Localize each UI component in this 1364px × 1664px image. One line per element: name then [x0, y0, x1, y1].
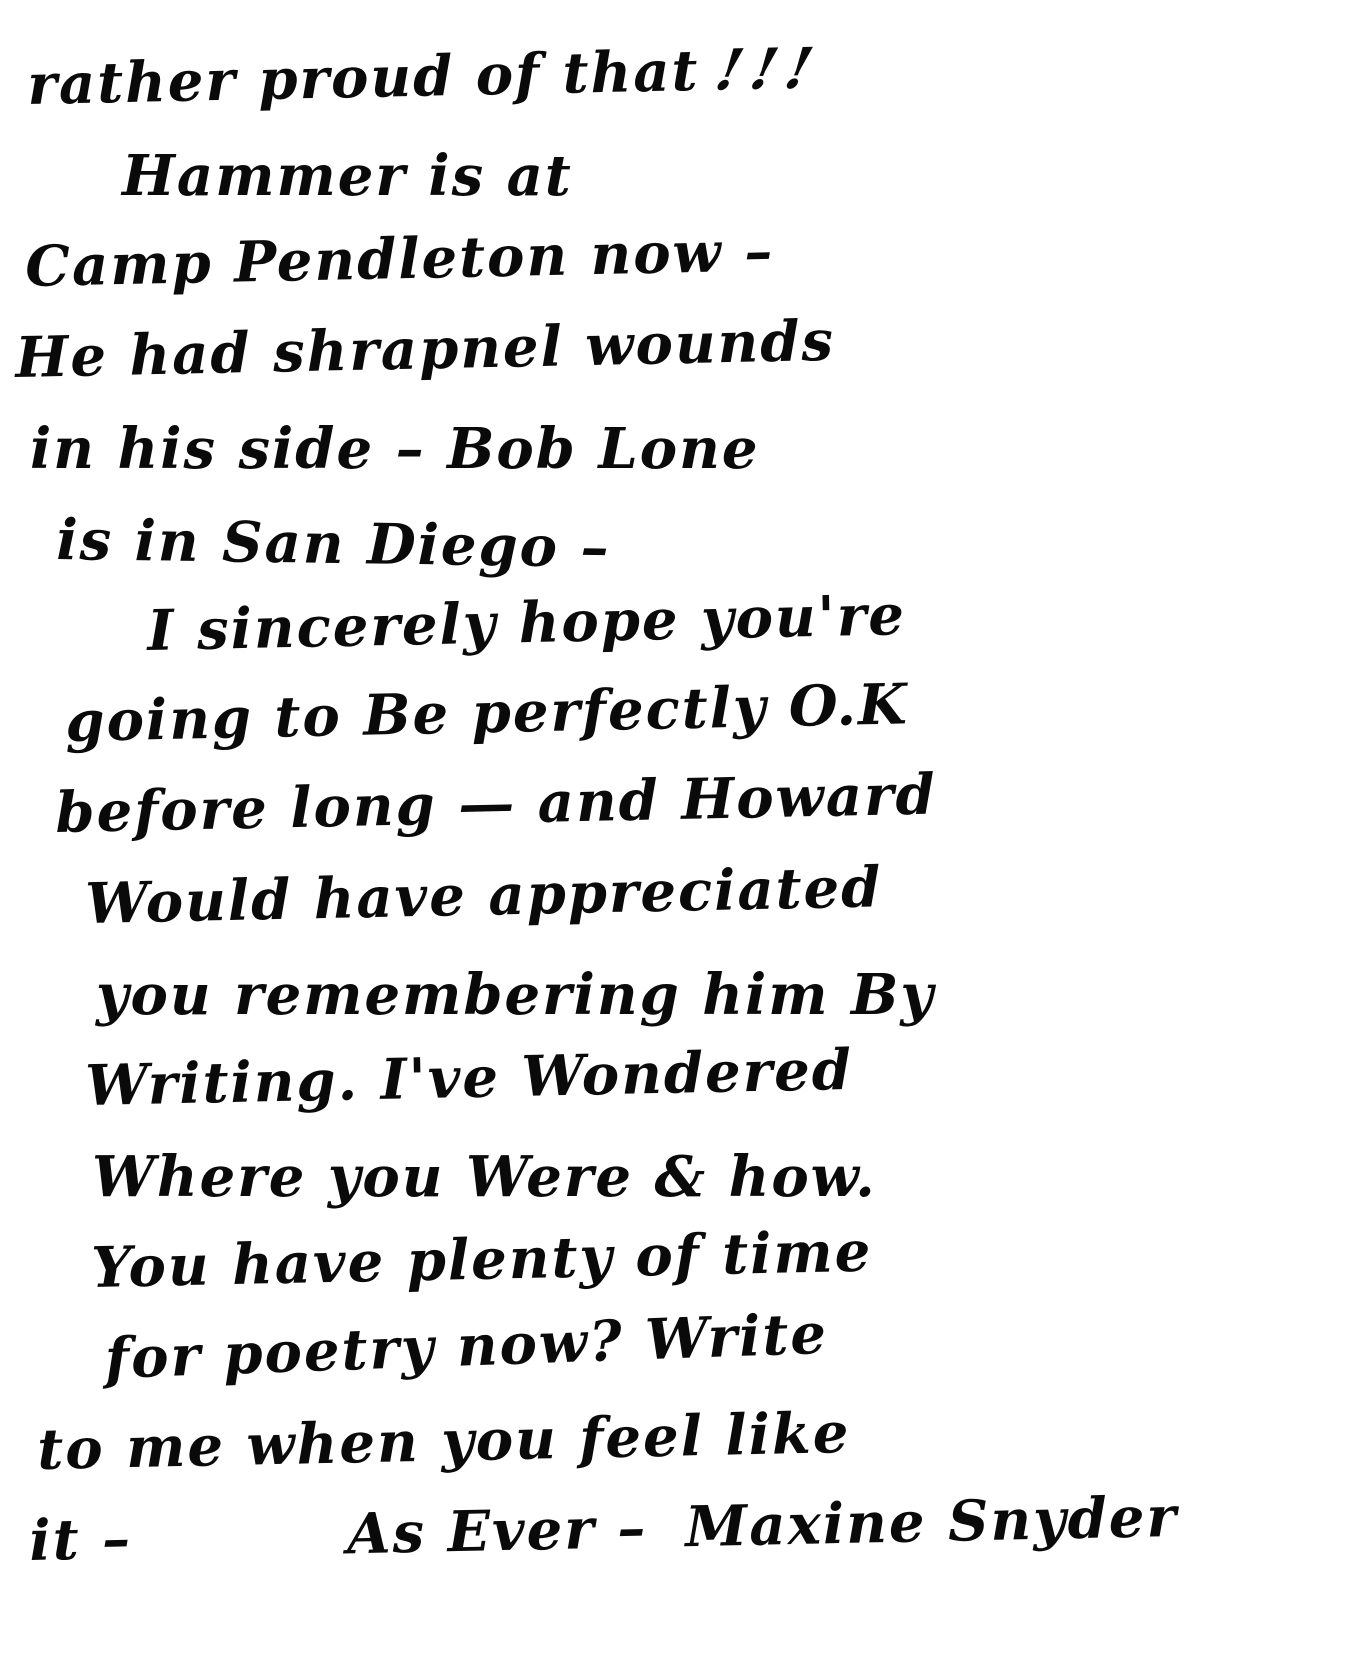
letter-line: rather proud of that !!!	[26, 0, 1364, 113]
letter-line-text: Would have appreciated	[85, 859, 883, 932]
letter-body: rather proud of that !!! Hammer is at Ca…	[0, 22, 1364, 1569]
closing-gap	[133, 1562, 348, 1567]
letter-line-text: rather proud of that	[27, 43, 700, 113]
signature: Maxine Snyder	[685, 1489, 1179, 1555]
letter-page: rather proud of that !!! Hammer is at Ca…	[0, 0, 1364, 1664]
closing-last-word: it –	[29, 1511, 133, 1569]
letter-line-text: Writing. I've Wondered	[85, 1042, 854, 1114]
letter-line-text: in his side – Bob Lone	[30, 421, 759, 477]
signature-gap	[648, 1555, 686, 1556]
exclamation-marks: !!!	[711, 40, 828, 98]
letter-line-text: He had shrapnel wounds	[15, 313, 836, 386]
valediction: As Ever –	[346, 1500, 647, 1562]
letter-line: in his side – Bob Lone	[30, 386, 1364, 477]
